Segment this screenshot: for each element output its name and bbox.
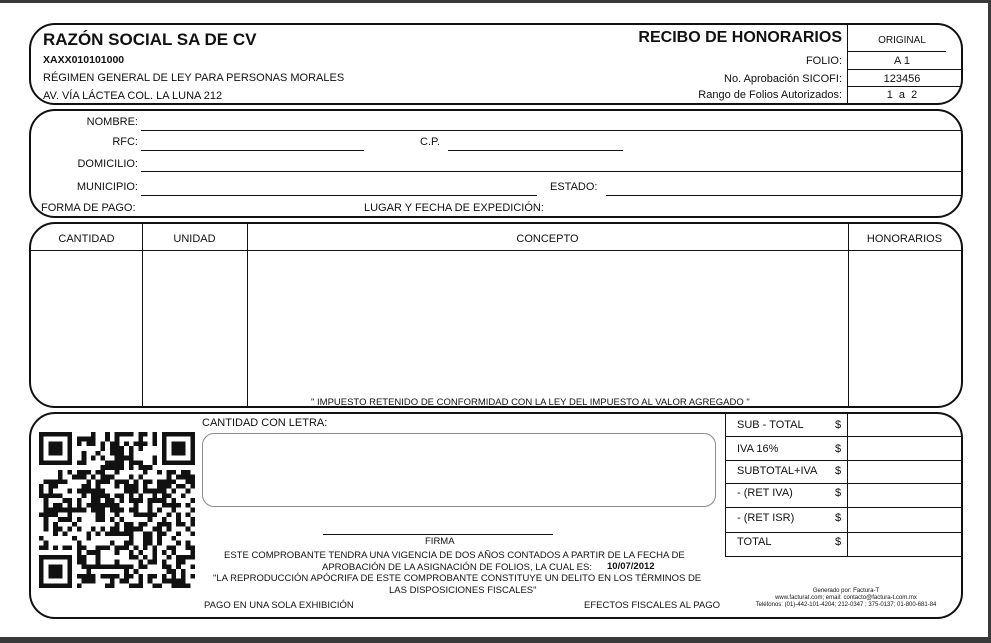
- items-table: CANTIDAD UNIDAD CONCEPTO HONORARIOS " IM…: [29, 222, 963, 408]
- approval-date: 10/07/2012: [607, 561, 655, 572]
- issuer-address: AV. VÍA LÁCTEA COL. LA LUNA 212: [43, 90, 222, 102]
- window-frame-bottom: [0, 637, 991, 643]
- total-row-line: [725, 483, 961, 484]
- folio-range-value: 1 a 2: [845, 89, 959, 101]
- currency-symbol: $: [835, 443, 841, 455]
- state-field[interactable]: [606, 195, 961, 196]
- approval-label: No. Aprobación SICOFI:: [724, 73, 842, 85]
- column-divider: [142, 224, 143, 406]
- folio-value: A 1: [845, 55, 959, 67]
- state-label: ESTADO:: [550, 181, 597, 193]
- single-payment-text: PAGO EN UNA SOLA EXHIBICIÓN: [204, 600, 354, 611]
- qr-code-icon: [39, 431, 195, 589]
- total-row-label: - (RET ISR): [737, 512, 794, 524]
- column-divider: [247, 224, 248, 406]
- total-row-label: IVA 16%: [737, 443, 778, 455]
- approval-value: 123456: [845, 73, 959, 85]
- total-row-label: - (RET IVA): [737, 487, 793, 499]
- issuer-header: RAZÓN SOCIAL SA DE CV XAXX010101000 RÉGI…: [29, 23, 963, 105]
- total-row-line: [725, 436, 961, 437]
- validity-text: ESTE COMPROBANTE TENDRA UNA VIGENCIA DE …: [224, 550, 685, 561]
- amount-in-words-label: CANTIDAD CON LETRA:: [202, 417, 327, 429]
- column-header-quantity: CANTIDAD: [31, 233, 142, 245]
- phone-numbers: Teléfonos: (01)-442-101-4204; 212-0347 ;…: [731, 602, 961, 608]
- currency-symbol: $: [835, 512, 841, 524]
- contact-info: www.facturat.com; email: contacto@factur…: [731, 595, 961, 601]
- payment-method-label: FORMA DE PAGO:: [41, 202, 136, 214]
- issuer-rfc: XAXX010101000: [43, 54, 124, 66]
- copy-type: ORIGINAL: [845, 35, 959, 46]
- total-row-label: SUB - TOTAL: [737, 419, 804, 431]
- meta-row-line: [847, 51, 946, 52]
- address-label: DOMICILIO:: [77, 158, 138, 170]
- customer-section: NOMBRE: RFC: C.P. DOMICILIO: MUNICIPIO: …: [29, 109, 963, 218]
- cp-label: C.P.: [420, 136, 440, 148]
- issuer-name: RAZÓN SOCIAL SA DE CV: [43, 30, 256, 50]
- amount-in-words-field[interactable]: [202, 433, 716, 507]
- column-header-concept: CONCEPTO: [247, 233, 848, 245]
- signature-line: [323, 534, 553, 535]
- column-header-fees: HONORARIOS: [848, 233, 961, 245]
- reproduction-warning-2: LAS DISPOSICIONES FISCALES": [389, 585, 537, 596]
- address-field[interactable]: [141, 171, 961, 172]
- totals-section: CANTIDAD CON LETRA: FIRMA ESTE COMPROBAN…: [29, 412, 963, 619]
- folio-range-label: Rango de Folios Autorizados:: [698, 89, 842, 101]
- column-divider: [848, 224, 849, 406]
- name-field[interactable]: [141, 130, 961, 131]
- rfc-field[interactable]: [141, 150, 364, 151]
- column-header-unit: UNIDAD: [142, 233, 247, 245]
- total-row-line: [725, 556, 961, 557]
- total-row-line: [725, 460, 961, 461]
- currency-symbol: $: [835, 419, 841, 431]
- rfc-label: RFC:: [112, 136, 138, 148]
- cp-field[interactable]: [448, 150, 623, 151]
- currency-symbol: $: [835, 487, 841, 499]
- place-date-label: LUGAR Y FECHA DE EXPEDICIÓN:: [364, 202, 544, 214]
- issuer-regime: RÉGIMEN GENERAL DE LEY PARA PERSONAS MOR…: [43, 72, 344, 84]
- municipality-field[interactable]: [141, 195, 537, 196]
- folio-label: FOLIO:: [806, 55, 842, 67]
- currency-symbol: $: [835, 465, 841, 477]
- generated-by: Generado por: Factura-T: [731, 588, 961, 594]
- name-label: NOMBRE:: [87, 116, 138, 128]
- meta-row-line: [847, 69, 961, 70]
- currency-symbol: $: [835, 536, 841, 548]
- header-row-line: [31, 250, 961, 251]
- total-row-line: [725, 507, 961, 508]
- tax-withholding-note: " IMPUESTO RETENIDO DE CONFORMIDAD CON L…: [311, 397, 750, 408]
- reproduction-warning: "LA REPRODUCCIÓN APÓCRIFA DE ESTE COMPRO…: [213, 573, 701, 584]
- total-row-label: TOTAL: [737, 536, 771, 548]
- validity-text-2: APROBACIÓN DE LA ASIGNACIÓN DE FOLIOS, L…: [322, 562, 592, 573]
- fiscal-effects-text: EFECTOS FISCALES AL PAGO: [584, 600, 720, 611]
- window-frame-top: [0, 0, 991, 3]
- meta-row-line: [847, 86, 961, 87]
- total-row-label: SUBTOTAL+IVA: [737, 465, 817, 477]
- municipality-label: MUNICIPIO:: [77, 181, 138, 193]
- total-row-line: [725, 532, 961, 533]
- signature-label: FIRMA: [425, 536, 455, 547]
- document-title: RECIBO DE HONORARIOS: [638, 29, 842, 47]
